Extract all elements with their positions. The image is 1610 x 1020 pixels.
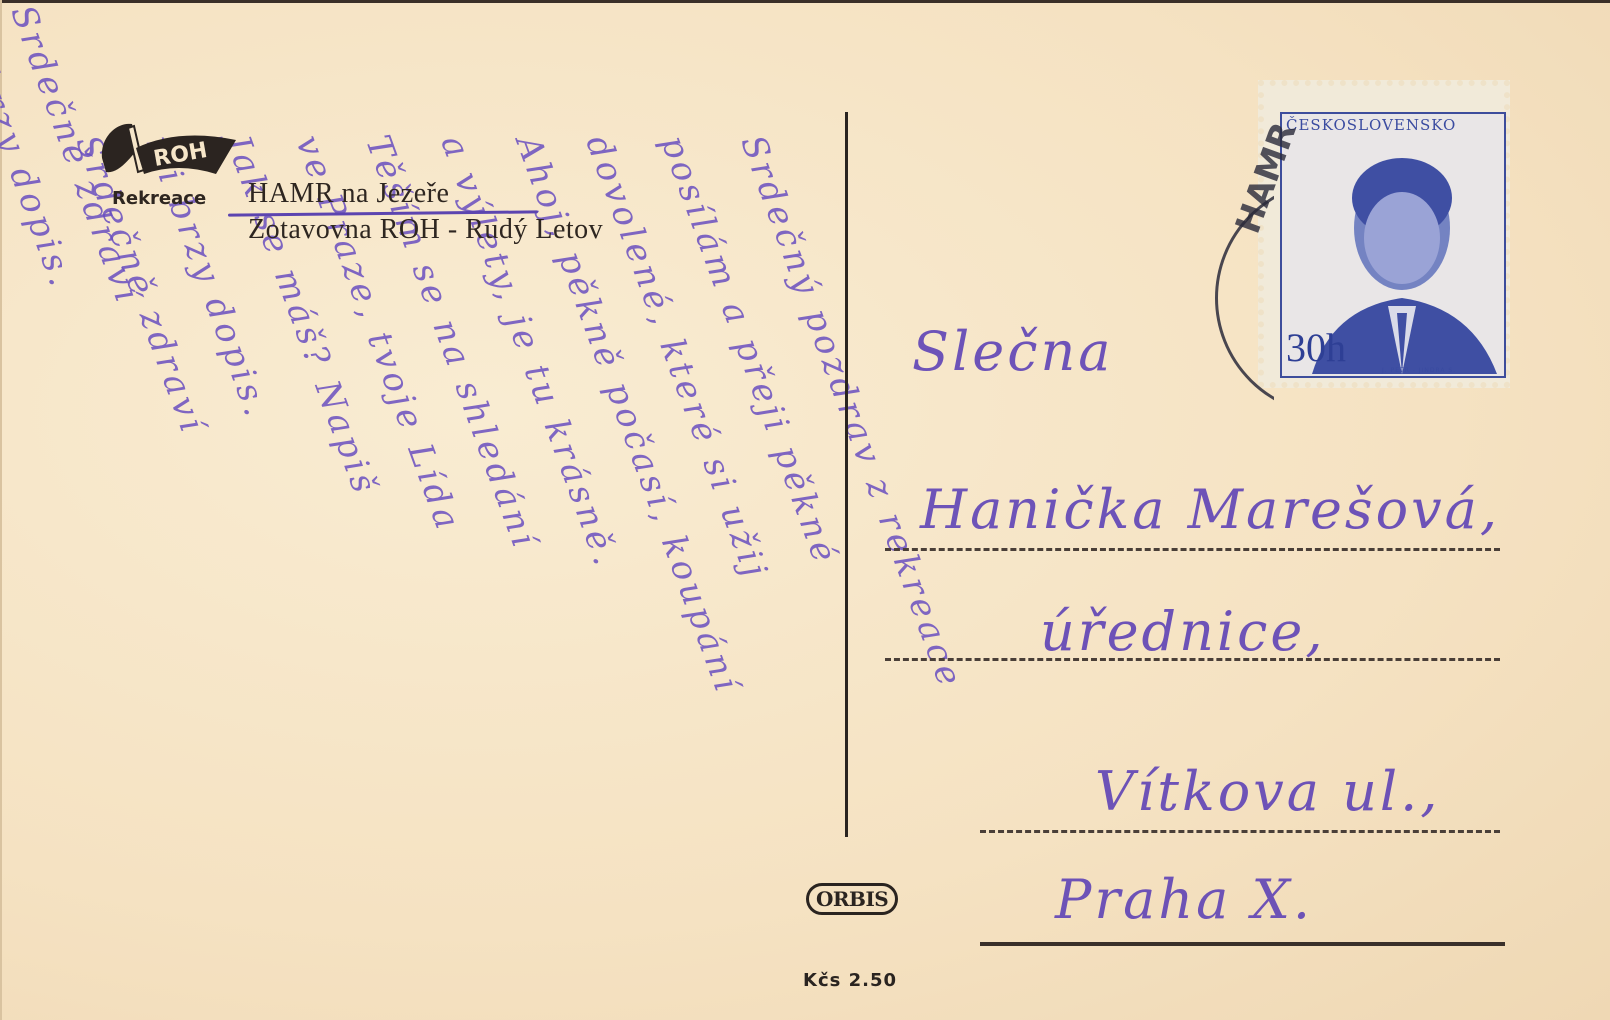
stamp-country: ČESKOSLOVENSKO [1286, 116, 1456, 134]
address-salutation: Slečna [912, 320, 1113, 383]
rekreace-label: Rekreace [112, 188, 206, 209]
place-name: HAMR na Jezeře [248, 178, 449, 210]
address-city: Praha X. [1055, 868, 1313, 931]
roh-logo-icon: ROH [98, 118, 238, 182]
postcard: Srdečný pozdrav z rekreaceposílám a přej… [0, 0, 1610, 1020]
card-edge [0, 0, 1610, 3]
address-line-city [980, 942, 1505, 946]
facility-name: Zotavovna ROH - Rudý Letov [248, 214, 603, 246]
address-occupation: úřednice, [1040, 600, 1326, 663]
publisher-logo: ORBIS [806, 883, 898, 915]
address-line [980, 830, 1500, 833]
address-street: Vítkova ul., [1095, 760, 1440, 823]
address-line [885, 658, 1500, 661]
stamp-designer: J. PETR - JINDRA S. [1382, 367, 1456, 374]
center-divider [845, 112, 848, 837]
address-line [885, 548, 1500, 551]
address-name: Hanička Marešová, [920, 478, 1500, 541]
postage-stamp: ČESKOSLOVENSKO 30h J. PETR - JINDRA S. [1258, 80, 1510, 388]
stamp-value: 30h [1286, 324, 1346, 371]
price-label: Kčs 2.50 [803, 970, 897, 991]
